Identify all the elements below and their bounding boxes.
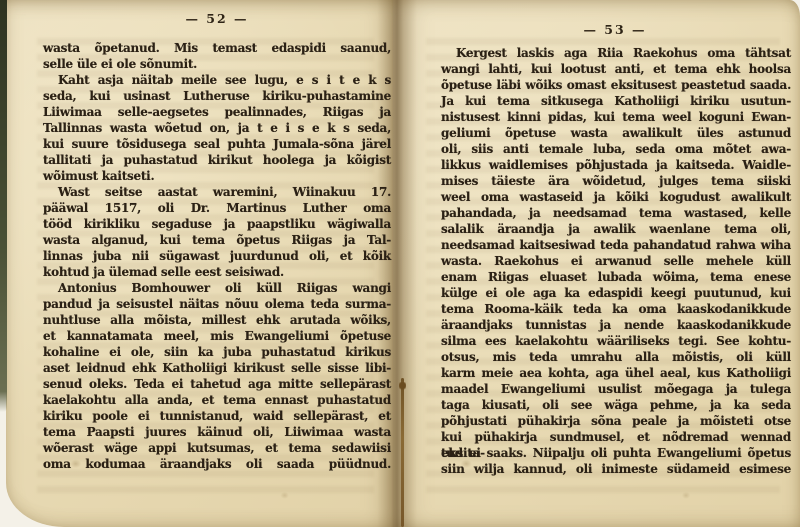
text-line: mises täieste ära wõidetud, julges tema …	[441, 173, 791, 189]
page-number-left: — 52 —	[43, 11, 391, 26]
text-line: aset leidnud ehk Katholiigi kirikust sel…	[43, 360, 391, 376]
text-line: Kergest laskis aga Riia Raekohus oma täh…	[441, 45, 791, 61]
text-line: pahandada, ja needsamad tema wastased, k…	[441, 205, 791, 221]
text-line: maadel Ewangeliumi usulist mõegaga ja tu…	[441, 381, 791, 397]
text-line: nistusest kinni pidas, kui tema weel kog…	[441, 109, 791, 125]
text-line: Tallinnas wasta wõetud on, ja t e i s e …	[43, 120, 391, 136]
text-line: pandud ja seisustel näitas nõuu olema te…	[43, 296, 391, 312]
text-line: tud ei saaks. Niipalju oli puhta Ewangel…	[441, 445, 791, 461]
text-line: kui pühakirja sundmusel, et nõdremad wen…	[441, 429, 791, 445]
text-line: Liiwimaa selle-aegsetes pealinnades, Rii…	[43, 104, 391, 120]
text-line: salalik äraandja ja awalik waenlane tema…	[441, 221, 791, 237]
text-line: wasta õpetanud. Mis temast edaspidi saan…	[43, 40, 391, 56]
text-line: oma kodumaa äraandjaks oli saada püüdnud…	[43, 456, 391, 472]
text-line: kaelakohtu alla anda, et tema ennast puh…	[43, 392, 391, 408]
text-line: wasta. Raekohus ei arwanud selle mehele …	[441, 253, 791, 269]
text-line: tema Rooma-käik teda ka oma kaaskodanikk…	[441, 301, 791, 317]
text-line: tallitati ja puhastatud kirikut hoolega …	[43, 152, 391, 168]
text-line: selle üle ei ole sõnumit.	[43, 56, 391, 72]
binding-thread	[401, 378, 404, 527]
text-line: wõimust kaitseti.	[43, 168, 391, 184]
text-line: otsus, mis teda umrahu alla mõistis, oli…	[441, 349, 791, 365]
book-cover-edge	[0, 0, 7, 412]
text-line: wõerast wäge appi kutsumas, et tema seda…	[43, 440, 391, 456]
text-line: senud oleks. Teda ei tahetud aga mitte s…	[43, 376, 391, 392]
text-line: seda, kui usinast Lutheruse kiriku-puhas…	[43, 88, 391, 104]
text-line: geliumi õpetuse wasta awalikult üles ast…	[441, 125, 791, 141]
book-spread: — 52 — — 53 — wasta õpetanud. Mis temast…	[5, 0, 800, 527]
text-line: karm meie aea kohta, aga ühel aeal, kus …	[441, 365, 791, 381]
text-line: kohaline ei ole, siin ka juba puhastatud…	[43, 344, 391, 360]
text-line: Antonius Bomhouwer oli küll Riigas wangi	[43, 280, 391, 296]
text-line: enam Riigas eluaset lubada wõima, tema e…	[441, 269, 791, 285]
photo-background: — 52 — — 53 — wasta õpetanud. Mis temast…	[0, 0, 800, 527]
text-line: Ja kui tema sitkusega Katholiigi kiriku …	[441, 93, 791, 109]
text-line: kui suure tõsidusega seal puhta Jumala-s…	[43, 136, 391, 152]
text-line: pääwal 1517, oli Dr. Martinus Luther oma	[43, 200, 391, 216]
page-right-text: Kergest laskis aga Riia Raekohus oma täh…	[441, 45, 791, 477]
text-line: nuhtluse alla mõista, millest ehk arutad…	[43, 312, 391, 328]
text-line: Kaht asja näitab meile see lugu, e s i t…	[43, 72, 391, 88]
text-line: äraandjaks tunnistas ja nende kaaskodani…	[441, 317, 791, 333]
text-line: et kannatamata meel, mis Ewangeliumi õpe…	[43, 328, 391, 344]
text-line: tema Paapsti juures käinud oli, Liiwimaa…	[43, 424, 391, 440]
text-line: likkus waidlemises põhjustada ja kaitsed…	[441, 157, 791, 173]
text-line: needsamad kaitsesiwad teda pahandatud ra…	[441, 237, 791, 253]
text-line: õpetuse läbi wõiks omast eksitusest peas…	[441, 77, 791, 93]
text-line: siin wilja kannud, oli inimeste südameid…	[441, 461, 791, 477]
text-line: kiriku poole ei tunnistanud, waid sellep…	[43, 408, 391, 424]
text-line: wangi lahti, kui lootust anti, et tema e…	[441, 61, 791, 77]
text-line: linnas juba nii sügawast juurdunud oli, …	[43, 248, 391, 264]
text-line: weel oma wastaseid ja kõiki kogudust awa…	[441, 189, 791, 205]
text-line: kohtud ja ülemad selle eest seisiwad.	[43, 264, 391, 280]
text-line: wasta alganud, kui tema õpetus Riigas ja…	[43, 232, 391, 248]
text-line: tööd kirikliku segaduse ja paapstliku wä…	[43, 216, 391, 232]
text-line: Wast seitse aastat waremini, Wiinakuu 17…	[43, 184, 391, 200]
page-number-right: — 53 —	[441, 22, 789, 37]
text-line: põhjustati pühakirja sõna peale ja mõist…	[441, 413, 791, 429]
page-left-text: wasta õpetanud. Mis temast edaspidi saan…	[43, 40, 391, 472]
text-line: oli, siis anti temale luba, seda oma mõt…	[441, 141, 791, 157]
text-line: silma ees kaelakohtu wääriliseks tegi. S…	[441, 333, 791, 349]
text-line: külge ei ole aga ka edaspidi keegi puutu…	[441, 285, 791, 301]
text-line: taga kiusati, oli see wäga pehme, ja ka …	[441, 397, 791, 413]
